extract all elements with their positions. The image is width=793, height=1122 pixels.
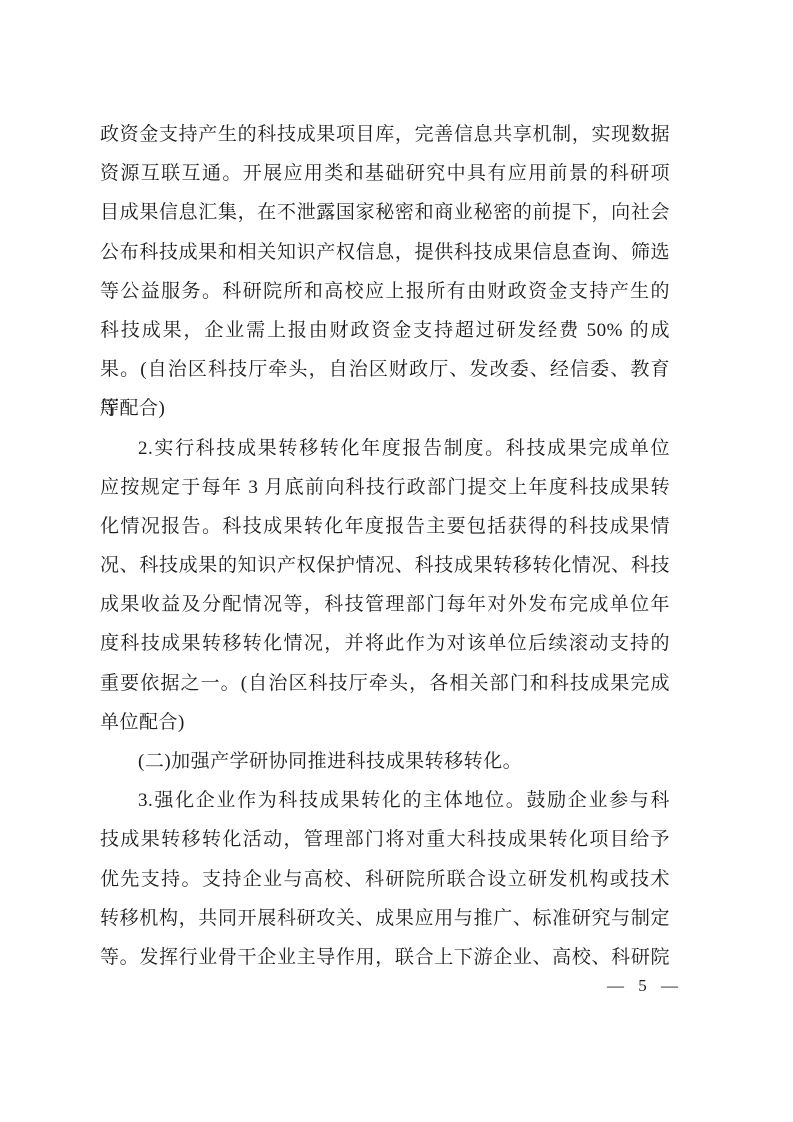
text-line: 目成果信息汇集，在不泄露国家秘密和商业秘密的前提下，向社会 bbox=[100, 193, 670, 232]
text-line: 技成果转移转化活动，管理部门将对重大科技成果转化项目给予 bbox=[100, 820, 670, 859]
text-line: 化情况报告。科技成果转化年度报告主要包括获得的科技成果情 bbox=[100, 507, 670, 546]
section-heading: (二)加强产学研协同推进科技成果转移转化。 bbox=[100, 742, 670, 781]
text-line: 政资金支持产生的科技成果项目库，完善信息共享机制，实现数据 bbox=[100, 115, 670, 154]
text-line: 科技成果，企业需上报由财政资金支持超过研发经费 50% 的成 bbox=[100, 311, 670, 350]
document-body: 政资金支持产生的科技成果项目库，完善信息共享机制，实现数据 资源互联互通。开展应… bbox=[100, 115, 670, 977]
text-line: 等公益服务。科研院所和高校应上报所有由财政资金支持产生的 bbox=[100, 272, 670, 311]
text-line: 公布科技成果和相关知识产权信息，提供科技成果信息查询、筛选 bbox=[100, 233, 670, 272]
document-page: 政资金支持产生的科技成果项目库，完善信息共享机制，实现数据 资源互联互通。开展应… bbox=[0, 0, 793, 1122]
page-number: — 5 — bbox=[607, 976, 683, 995]
text-line-paragraph-end: 单位配合) bbox=[100, 703, 670, 742]
text-line: 资源互联互通。开展应用类和基础研究中具有应用前景的科研项 bbox=[100, 154, 670, 193]
text-line: 等。发挥行业骨干企业主导作用，联合上下游企业、高校、科研院 bbox=[100, 938, 670, 977]
text-line-paragraph-end: 等配合) bbox=[100, 389, 670, 428]
text-line-paragraph-start: 3.强化企业作为科技成果转化的主体地位。鼓励企业参与科 bbox=[100, 781, 670, 820]
text-line: 成果收益及分配情况等，科技管理部门每年对外发布完成单位年 bbox=[100, 585, 670, 624]
text-line-paragraph-start: 2.实行科技成果转移转化年度报告制度。科技成果完成单位 bbox=[100, 429, 670, 468]
text-line: 况、科技成果的知识产权保护情况、科技成果转移转化情况、科技 bbox=[100, 546, 670, 585]
text-line: 重要依据之一。(自治区科技厅牵头，各相关部门和科技成果完成 bbox=[100, 664, 670, 703]
text-line: 优先支持。支持企业与高校、科研院所联合设立研发机构或技术 bbox=[100, 860, 670, 899]
page-footer: — 5 — bbox=[607, 976, 683, 996]
text-line: 度科技成果转移转化情况，并将此作为对该单位后续滚动支持的 bbox=[100, 624, 670, 663]
text-line: 果。(自治区科技厅牵头，自治区财政厅、发改委、经信委、教育厅 bbox=[100, 350, 670, 389]
text-line: 转移机构，共同开展科研攻关、成果应用与推广、标准研究与制定 bbox=[100, 899, 670, 938]
text-line: 应按规定于每年 3 月底前向科技行政部门提交上年度科技成果转 bbox=[100, 468, 670, 507]
